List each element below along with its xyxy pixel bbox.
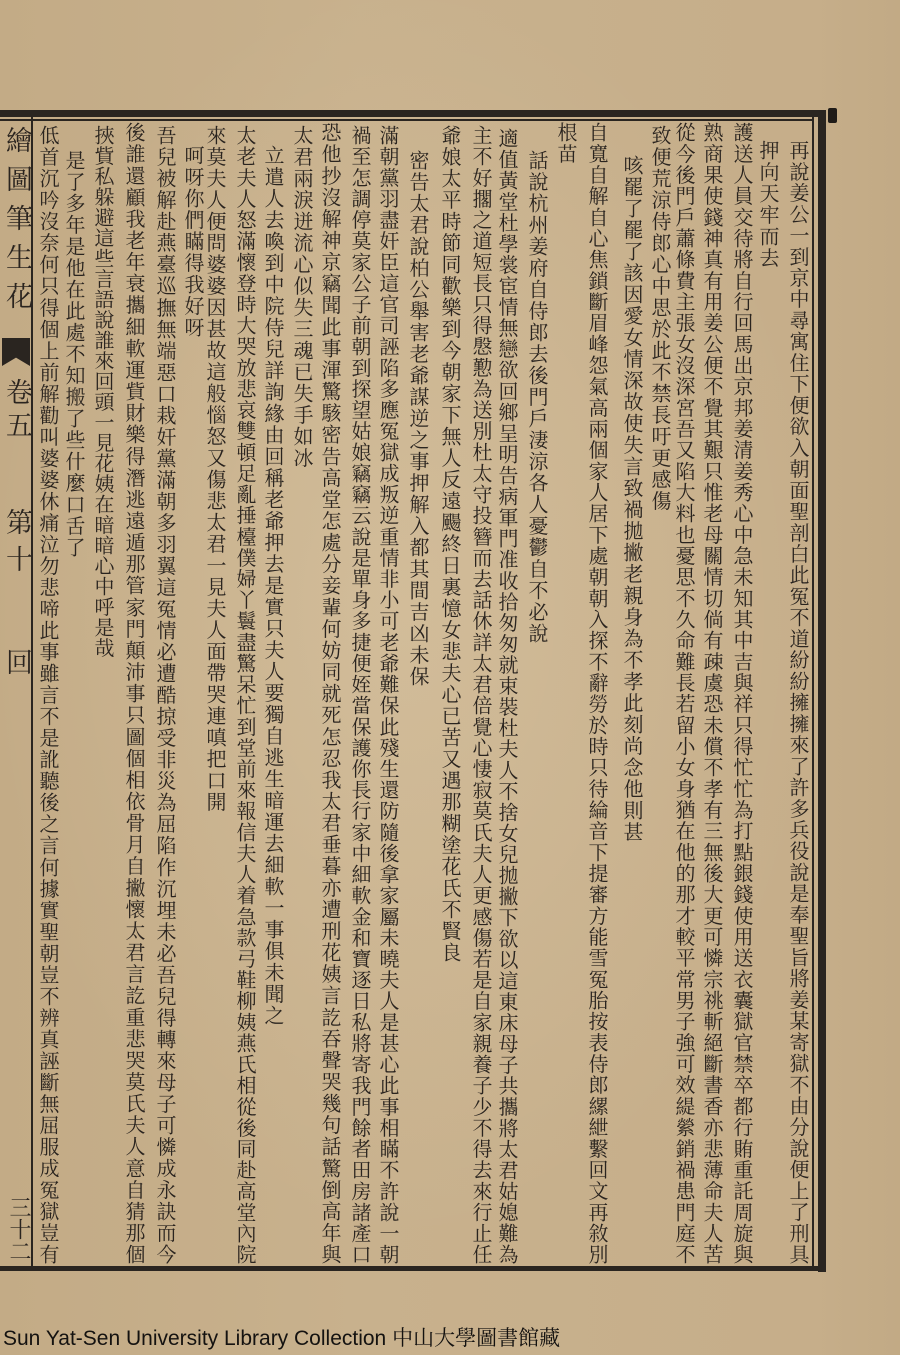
- text-column: 熟商果使錢神真有用姜公便不覺其艱只惟老母關情切倘有疎虞恐未償不孝有三無後大更可憐…: [700, 122, 724, 1264]
- frame-right-rule: [818, 110, 826, 1272]
- text-column: 主不好擱之道短長只得慇懃為送別杜太守投簪而去話休詳太君倍覺心悽寂莫氏夫人更感傷若…: [469, 125, 493, 1264]
- book-title: 繪圖筆生花: [1, 126, 31, 321]
- text-column: 自寬自解自心焦鎖斷眉峰怨氣高兩個家人居下處朝朝入探不辭勞於時只待綸音下提審方能雪…: [585, 122, 609, 1264]
- text-column: 禍至怎調停莫家公子前朝到探望姑娘竊竊云說是單身多捷便姪當保護你長行家中細軟金和寶…: [348, 125, 372, 1264]
- text-column: 爺娘太平時節同歡樂到今朝家下無人反遠颺終日裏憶女悲夫心已苦又遇那糊塗花氏不賢良: [438, 125, 462, 964]
- frame-bottom-rule: [0, 1266, 826, 1271]
- text-column: 致便荒涼侍郎心中思於此不禁長吁更感傷: [648, 125, 672, 512]
- library-collection-caption: Sun Yat-Sen University Library Collectio…: [3, 1322, 560, 1352]
- text-column: 後誰還顧我老年衰攜細軟運貲財樂得潛逃遠遁那管家門顛沛事只圖個相依骨月自撇懷太君言…: [122, 122, 146, 1264]
- corner-mark: [828, 108, 837, 123]
- text-column: 再說姜公一到京中尋寓住下便欲入朝面聖剖白此冤不道紛紛擁擁來了許多兵役說是奉聖旨將…: [786, 140, 810, 1264]
- text-column: 挾貲私躲避這些言語說誰來回頭一見花姨在暗暗心中呼是哉: [91, 125, 115, 658]
- chapter-label-2: 十: [1, 545, 31, 572]
- text-column: 從今後門戶蕭條費主張女沒深宮吾又陷大料也憂思不久命難長若留小女身猶在他的那才較平…: [672, 122, 696, 1264]
- text-column: 恐他抄沒解神京竊聞此事渾驚駭密告高堂怎處分妾輩何妨同就死怎忍我太君垂暮亦遭刑花姨…: [318, 122, 342, 1264]
- frame-right-inner-rule: [812, 117, 814, 1269]
- chapter-label-1: 第: [1, 508, 31, 535]
- text-column: 太君兩淚迸流心似失三魂已失手如冰: [290, 125, 314, 469]
- text-column: 呵呀你們瞞得我好呀: [181, 145, 205, 339]
- page-number: 三十二: [1, 1196, 31, 1262]
- text-column: 密告太君說柏公舉害老爺謀逆之事押解入都其間吉凶未保: [406, 150, 430, 688]
- text-column: 低首沉吟沒奈何只得個上前解勸叫婆婆休痛泣勿悲啼此事雖言不是訛聽後之言何據實聖朝豈…: [36, 125, 60, 1264]
- volume-label: 卷五: [1, 378, 31, 444]
- text-column: 是了多年是他在此處不知搬了些什麼口舌了: [62, 150, 86, 559]
- text-column: 根苗: [554, 122, 578, 165]
- frame-top-inner-rule: [0, 119, 814, 121]
- text-column: 滿朝黨羽盡奸臣這官司誣陷多應冤獄成叛逆重情非小可老爺難保此殘生還防隨後拿家屬未曉…: [376, 125, 400, 1264]
- text-column: 太老夫人怒滿懷登時大哭放悲哀雙頓足亂捶檯僕婦丫鬟盡驚呆忙到堂前來報信夫人着急款弓…: [233, 125, 257, 1264]
- text-column: 來莫夫人便問婆婆因甚故這般惱怒又傷悲太君一見夫人面帶哭連嗔把口開: [203, 125, 227, 813]
- text-column: 適值黃堂杜學裳宦情無戀欲回鄉呈明告病軍門准收拾匆匆就束裝杜夫人不捨女兒拋撇下欲以…: [495, 128, 519, 1264]
- text-column: 吾兒被解赴燕臺巡撫無端惡口栽奸黨滿朝多羽翼這冤情必遭酷掠受非災為屈陷作沉埋未必吾…: [153, 125, 177, 1264]
- text-column: 押向天牢而去: [756, 140, 780, 269]
- chapter-label-3: 回: [1, 648, 31, 675]
- text-column: 護送人員交待將自行回馬出京邦姜清姜秀心中急未知其中吉與祥只得忙忙為打點銀錢使用送…: [730, 122, 754, 1264]
- frame-top-rule: [0, 110, 826, 117]
- text-column: 話說杭州姜府自侍郎去後門戶淒涼各人憂鬱自不必說: [525, 150, 549, 645]
- text-column: 立遣人去喚到中院侍兒詳詢緣由回稱老爺押去是實只夫人要獨自逃生暗運去細軟一事俱未聞…: [261, 145, 285, 1027]
- text-column: 咳罷了罷了該因愛女情深故使失言致禍拋撇老親身為不孝此刻尚念他則甚: [620, 155, 644, 843]
